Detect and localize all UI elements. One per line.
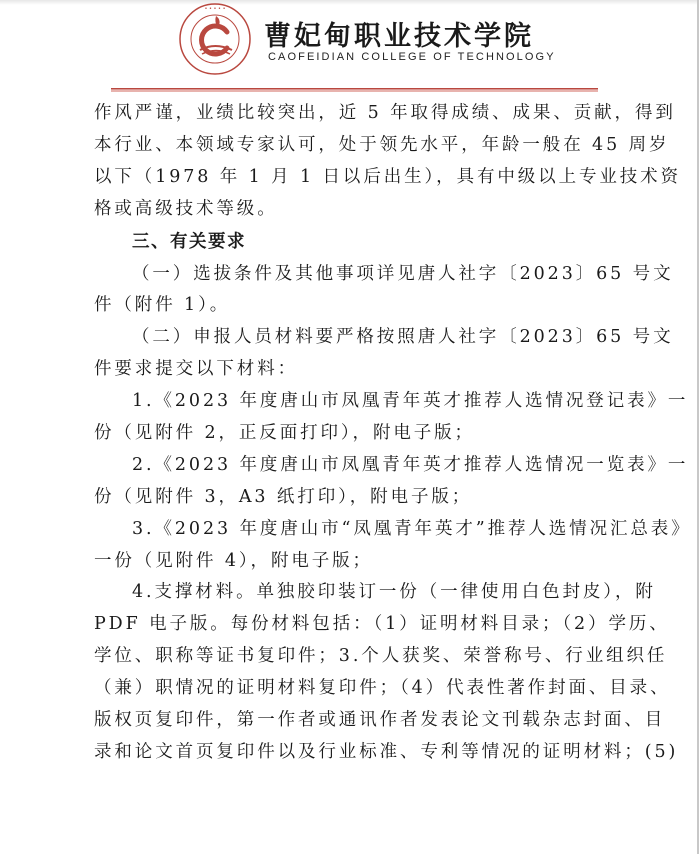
text-line: 录和论文首页复印件以及行业标准、专利等情况的证明材料；(5) (94, 737, 614, 769)
section-heading: 三、有关要求 (94, 226, 614, 259)
text-line: （二）申报人员材料要严格按照唐人社字〔2023〕65 号文 (94, 322, 614, 354)
document-body: 作风严谨，业绩比较突出，近 5 年取得成绩、成果、贡献，得到 本行业、本领域专家… (94, 98, 614, 769)
letterhead: • • • • • 曹妃甸职业技术学院 CAOFEIDIAN COLLEGE O… (0, 0, 699, 95)
text-line: 作风严谨，业绩比较突出，近 5 年取得成绩、成果、贡献，得到 (94, 98, 614, 130)
text-line: 版权页复印件，第一作者或通讯作者发表论文刊载杂志封面、目 (94, 705, 614, 737)
text-line: PDF 电子版。每份材料包括：（1）证明材料目录；（2）学历、 (94, 609, 614, 641)
text-line: 份（见附件 3，A3 纸打印），附电子版； (94, 482, 614, 514)
college-name-en: CAOFEIDIAN COLLEGE OF TECHNOLOGY (268, 51, 528, 63)
text-line: 4.支撑材料。单独胶印装订一份（一律使用白色封皮），附 (94, 577, 614, 609)
text-line: 以下（1978 年 1 月 1 日以后出生），具有中级以上专业技术资 (94, 162, 614, 194)
text-line: 件要求提交以下材料： (94, 354, 614, 386)
text-line: 格或高级技术等级。 (94, 194, 614, 226)
text-line: 1.《2023 年度唐山市凤凰青年英才推荐人选情况登记表》一 (94, 386, 614, 418)
header-divider (111, 88, 598, 92)
text-line: 一份（见附件 4），附电子版； (94, 546, 614, 578)
text-line: 3.《2023 年度唐山市“凤凰青年英才”推荐人选情况汇总表》 (94, 514, 614, 546)
text-line: 件（附件 1）。 (94, 290, 614, 322)
text-line: （一）选拔条件及其他事项详见唐人社字〔2023〕65 号文 (94, 259, 614, 291)
text-line: 学位、职称等证书复印件；3.个人获奖、荣誉称号、行业组织任 (94, 641, 614, 673)
text-line: 本行业、本领域专家认可，处于领先水平，年龄一般在 45 周岁 (94, 130, 614, 162)
text-line: （兼）职情况的证明材料复印件；（4）代表性著作封面、目录、 (94, 673, 614, 705)
text-line: 2.《2023 年度唐山市凤凰青年英才推荐人选情况一览表》一 (94, 450, 614, 482)
svg-text:• • • • •: • • • • • (204, 6, 225, 12)
text-line: 份（见附件 2，正反面打印），附电子版； (94, 418, 614, 450)
college-emblem-icon: • • • • • (178, 2, 252, 76)
college-name-cn: 曹妃甸职业技术学院 (264, 14, 530, 53)
